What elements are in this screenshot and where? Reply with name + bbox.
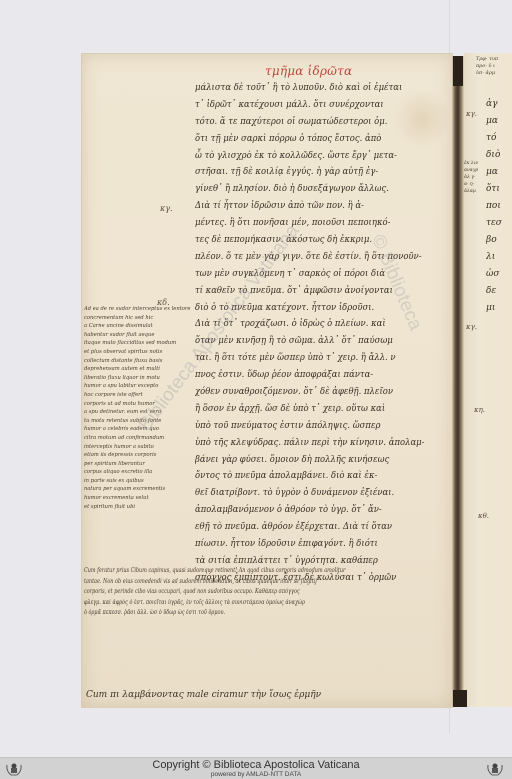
annotation-line: corporis ut ad motu humor [84,400,194,409]
annotation-line: humor a spu labitur excepto [84,382,194,391]
text-line: πλέον. ὅ τε μὲν γὰρ γιγν. ὅτε δὲ ἐστίν. … [195,249,420,266]
text-line: βο [486,232,512,249]
annotation-line: a spu detinetur. eum est vero [84,408,194,417]
text-line: ὧ τὸ γλισχρὸ ἐκ τὸ κολλῶδες. ὥστε ἔργ᾽ μ… [195,148,420,165]
annotation-line: in parte suis ex quibus [84,477,194,486]
annotation-line: φλεγμ. καὶ ἀφρὸς ὁ ἐστ. ποιεῖται ὑγρᾶς, … [84,598,382,609]
text-line: βάνει γὰρ φύσει. ὅμοιον δὴ πολλῆς κινήσε… [195,452,420,469]
annotation-line: citra motum ad confirmandum [84,434,194,443]
image-viewer[interactable]: Τρφ· τυπ προ· ὑ ι ὑπ· ἁρμ ἀγ μα τό διὸ μ… [0,0,512,733]
chapter-number: κθ. [478,512,489,520]
text-line: Διὰ τί ἧττον ἱδρῶσιν ἀπὸ τῶν πον. ἢ ἀ- [195,198,420,215]
book-gutter [452,56,464,706]
text-line: ἢ ὅσον ἐν ἀρχῇ. ὥσ δὲ ὑπὸ τ᾽ χειρ. οὕτω … [195,401,420,418]
annotation-line: ἁλ γ· [464,174,486,181]
bottom-annotation: Cum πι λαμβάνοντας male ciramur τὴν ἴσως… [86,690,446,700]
text-line: ποι [486,198,512,215]
text-line: διὸ [486,147,512,164]
annotation-line: α· η· [464,181,486,188]
text-line: γίνεθ᾽ ἢ πλησίον. διὸ ἡ δυσεξάγωγον ἄλλω… [195,181,420,198]
text-line: μα [486,164,512,181]
text-line: τεσ [486,215,512,232]
annotation-line: et plus observat spiritus notis [84,348,194,357]
chapter-number: κη. [474,406,485,414]
facing-page-top-annotation: Τρφ· τυπ προ· ὑ ι ὑπ· ἁρμ [476,56,512,77]
annotation-line: tantae. Non ob eius comedendi vis ad sud… [84,577,382,588]
gutter-shadow [453,56,463,86]
text-line: εθῇ τὸ πνεῦμα. ἀθρόον ἐξέρχεται. Διὰ τί … [195,519,420,536]
chapter-number: κγ. [466,323,477,331]
text-line: μάλιστα δὲ τοῦτ᾽ ἢ τὸ λυποῦν. διὸ καὶ οἱ… [195,80,420,97]
annotation-line: liberatio fluxu liquor in motu [84,374,194,383]
annotation-line: itaque muto flacciditas sed modum [84,339,194,348]
text-line: ὑπὸ τῆς κλεψύδρας. πάλιν περὶ τὴν κίνησι… [195,435,420,452]
text-line: δε [486,283,512,300]
text-line: ὅτι [486,181,512,198]
annotation-line: habentur sudor fluit aeque [84,331,194,340]
text-line: πνος ἐστιν. ὕδωρ ῥέον ἀποφράξαι πάντα- [195,367,420,384]
annotation-line: a Carne uncine dissimulat [84,322,194,331]
annotation-line: Τρφ· τυπ [476,56,512,63]
annotation-line: interceptis humor a subito [84,443,194,452]
text-line: Διὰ τί ὅτ᾽ τροχάζωσι. ὁ ἱδρὼς ὁ πλείων. … [195,316,420,333]
text-line: ὄντος τὸ πνεῦμα ἀπολαμβάνει. διὸ καὶ ἐκ- [195,468,420,485]
text-line: μέντες. ἢ ὅτι πονῆσαι μέν, ποιοῦσι πεποι… [195,215,420,232]
footer-bar: Copyright © Biblioteca Apostolica Vatica… [0,757,512,779]
annotation-line: ἁλαμ [464,188,486,195]
text-line: ἀπολαμβανόμενον ὁ ἀθρόον τὸ ὑγρ. ὅτ᾽ ἄν- [195,502,420,519]
footnote-annotation: Cum feratur prius Cibum capimus, quasi s… [84,566,448,619]
annotation-line: ὑπ· ἁρμ [476,70,512,77]
annotation-line: Ad ea de re sudor interceptus ex lentore [84,305,194,314]
annotation-line: etiam iis depressis corporis [84,451,194,460]
annotation-line: natura per aquam excrementis [84,485,194,494]
text-line: διὸ ὁ τὸ πνεῦμα κατέχοντ. ἧττον ἱδροῦσι. [195,300,420,317]
copyright-text: Copyright © Biblioteca Apostolica Vatica… [0,759,512,771]
viewer-bottom-band [0,733,512,757]
text-line: μα [486,113,512,130]
annotation-line: deprehensam autem et multi [84,365,194,374]
facing-page-text: ἀγ μα τό διὸ μα ὅτι ποι τεσ βο λι ὡσ δε … [486,96,512,317]
annotation-line: corpus aliquo excretio illa [84,468,194,477]
text-line: τί καθεῖν τὸ πνεῦμα. ὅτ᾽ ἀμφῶσιν ἀνοίγον… [195,283,420,300]
text-line: χόθεν συναθροιζόμενον. ὅτ᾽ δὲ ἀφεθῇ. πλε… [195,384,420,401]
main-text-block: μάλιστα δὲ τοῦτ᾽ ἢ τὸ λυποῦν. διὸ καὶ οἱ… [195,80,440,587]
text-line: ἀγ [486,96,512,113]
annotation-line: humor a celebris eadem quo [84,425,194,434]
annotation-line: Cum feratur prius Cibum capimus, quasi s… [84,566,382,577]
text-line: τες δὲ πεπομήκασιν. ἀκόστως δὴ ἐκκριμ. [195,232,420,249]
text-line: λι [486,249,512,266]
annotation-line: collectum distante fluxu basis [84,357,194,366]
annotation-line: hoc corpore iste offert [84,391,194,400]
margin-annotation: Ad ea de re sudor interceptus ex lentore… [84,305,194,511]
text-line: θεῖ διατρίβοντ. τὸ ὑγρὸν ὁ δυνάμενον ἐξι… [195,485,420,502]
text-line: ται. ἢ ὅτι τότε μὲν ὥσπερ ὑπὸ τ᾽ χειρ. ἢ… [195,350,420,367]
annotation-line: humor excrementa velut [84,494,194,503]
text-line: ὅταν μὲν κινῆσῃ ἢ τὸ σῶμα. ἀλλ᾽ ὅτ᾽ παύσ… [195,333,420,350]
text-line: τό [486,130,512,147]
annotation-line: tu motu retentus subito fonte [84,417,194,426]
annotation-line: αναγρ [464,167,486,174]
annotation-line: corporis, et perinde cibo vias occupari,… [84,587,382,598]
text-line: ὡσ [486,266,512,283]
text-line: τότο. ἅ τε παχύτεροι οἱ σωματώδεστεροι ὀ… [195,114,420,131]
annotation-line: et spiritum fluit ubi [84,503,194,512]
section-heading: τμῆμα ἱδρῶτα [265,64,352,78]
annotation-line: ὁ ὁρμᾶ πεπεσσ. ῥᾶσι ἄλλ. ὡσ ὁ ὕδωρ ὡς ἐσ… [84,608,382,619]
annotation-line: concrementum hic sed hic [84,314,194,323]
powered-by-text: powered by AMLAD-NTT DATA [0,771,512,778]
annotation-line: per spiritum liberantur [84,460,194,469]
text-line: μι [486,300,512,317]
annotation-line: προ· ὑ ι [476,63,512,70]
vatican-emblem-icon [484,760,506,778]
gutter-shadow [453,690,467,707]
chapter-number: κγ. [466,110,477,118]
facing-page-margin-annotation: ἐκ λιν αναγρ ἁλ γ· α· η· ἁλαμ [464,160,486,195]
text-line: πίωσιν. ἧττον ἱδροῦσιν ἐπιφαγόντ. ἢ διότ… [195,536,420,553]
chapter-number: κγ. [160,204,173,213]
text-line: ὑπὸ τοῦ πνεύματος ἐστιν ἀπόληψις. ὥσπερ [195,418,420,435]
annotation-line: ἐκ λιν [464,160,486,167]
text-line: των μὲν συγκλόμενη τ᾽ σαρκὸς οἱ πόροι δι… [195,266,420,283]
text-line: στῆσαι. τῇ δὲ κοιλίᾳ ἐγγύς. ἡ γὰρ αὐτῇ ἐ… [195,164,420,181]
text-line: τ᾽ ἱδρῶτ᾽ κατέχουσι μάλλ. ὅτι συνέρχοντα… [195,97,420,114]
text-line: ὅτι τῇ μὲν σαρκὶ πόρρω ὁ τόπος ἔστος. ἀπ… [195,131,420,148]
